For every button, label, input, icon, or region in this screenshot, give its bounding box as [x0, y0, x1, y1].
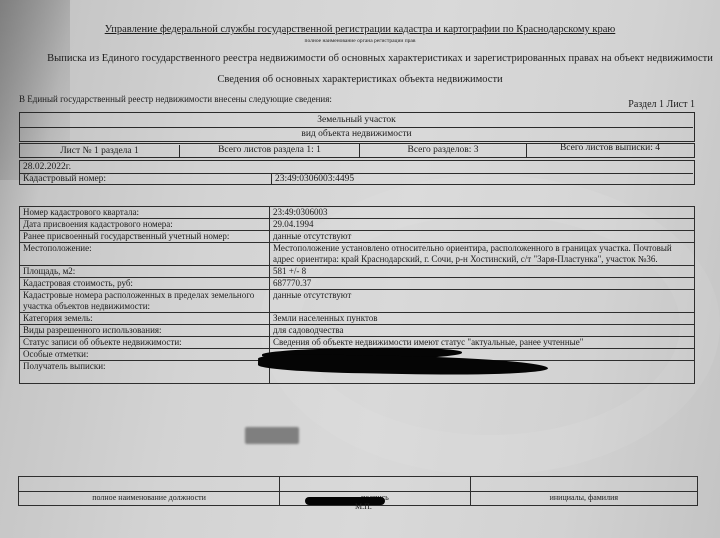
details-label: Кадастровая стоимость, руб: [20, 278, 270, 290]
object-type-caption: вид объекта недвижимости [20, 128, 693, 140]
details-value: 29.04.1994 [270, 219, 695, 231]
name-caption: инициалы, фамилия [470, 492, 697, 506]
details-row: Виды разрешенного использования:для садо… [20, 325, 695, 337]
sheets-in-section: Всего листов раздела 1: 1 [180, 144, 360, 157]
authority-caption: полное наименование органа регистрации п… [0, 38, 720, 44]
details-value: Сведения об объекте недвижимости имеют с… [270, 337, 695, 349]
redaction-mark [305, 497, 385, 505]
object-type: Земельный участок [20, 114, 693, 126]
details-value: данные отсутствуют [270, 290, 695, 313]
authority-name: Управление федеральной службы государств… [0, 24, 720, 35]
details-label: Виды разрешенного использования: [20, 325, 270, 337]
details-row: Ранее присвоенный государственный учетны… [20, 231, 695, 243]
details-value: 23:49:0306003 [270, 207, 695, 219]
details-label: Ранее присвоенный государственный учетны… [20, 231, 270, 243]
details-row: Кадастровые номера расположенных в преде… [20, 290, 695, 313]
total-sections: Всего разделов: 3 [360, 144, 527, 157]
total-sheets: Всего листов выписки: 4 [527, 142, 693, 154]
cadastral-label: Кадастровый номер: [20, 173, 272, 185]
cadastral-box: 28.02.2022г. Кадастровый номер: 23:49:03… [19, 160, 695, 185]
details-label: Особые отметки: [20, 349, 270, 361]
details-value: Местоположение установлено относительно … [270, 243, 695, 266]
details-row: Статус записи об объекте недвижимости:Св… [20, 337, 695, 349]
details-label: Категория земель: [20, 313, 270, 325]
name-cell [470, 477, 697, 492]
details-row: Площадь, м2:581 +/- 8 [20, 266, 695, 278]
details-row: Дата присвоения кадастрового номера:29.0… [20, 219, 695, 231]
stamp-placeholder: М.П. [355, 502, 372, 511]
position-cell [19, 477, 280, 492]
cadastral-number: 23:49:0306003:4495 [272, 173, 692, 185]
details-label: Дата присвоения кадастрового номера: [20, 219, 270, 231]
intro-text: В Единый государственный реестр недвижим… [19, 94, 332, 104]
details-label: Номер кадастрового квартала: [20, 207, 270, 219]
section-sheet-label: Раздел 1 Лист 1 [628, 99, 695, 110]
sheet-number: Лист № 1 раздела 1 [20, 145, 180, 158]
sheet-info-row: Лист № 1 раздела 1 Всего листов раздела … [19, 143, 695, 158]
details-row: Местоположение:Местоположение установлен… [20, 243, 695, 266]
details-value: 581 +/- 8 [270, 266, 695, 278]
position-caption: полное наименование должности [19, 492, 280, 506]
details-value: данные отсутствуют [270, 231, 695, 243]
details-label: Получатель выписки: [20, 361, 270, 384]
scanned-document-page: Управление федеральной службы государств… [0, 0, 720, 538]
section-title: Сведения об основных характеристиках объ… [0, 74, 720, 85]
details-row: Категория земель:Земли населенных пункто… [20, 313, 695, 325]
details-row: Номер кадастрового квартала:23:49:030600… [20, 207, 695, 219]
details-value: 687770.37 [270, 278, 695, 290]
details-label: Статус записи об объекте недвижимости: [20, 337, 270, 349]
details-label: Местоположение: [20, 243, 270, 266]
signature-cell [280, 477, 471, 492]
extract-title: Выписка из Единого государственного реес… [0, 53, 720, 64]
details-label: Площадь, м2: [20, 266, 270, 278]
details-label: Кадастровые номера расположенных в преде… [20, 290, 270, 313]
details-value: Земли населенных пунктов [270, 313, 695, 325]
blurred-region [245, 427, 299, 444]
details-row: Кадастровая стоимость, руб:687770.37 [20, 278, 695, 290]
object-type-box: Земельный участок вид объекта недвижимос… [19, 112, 695, 142]
details-value: для садоводчества [270, 325, 695, 337]
extract-date: 28.02.2022г. [20, 161, 693, 173]
